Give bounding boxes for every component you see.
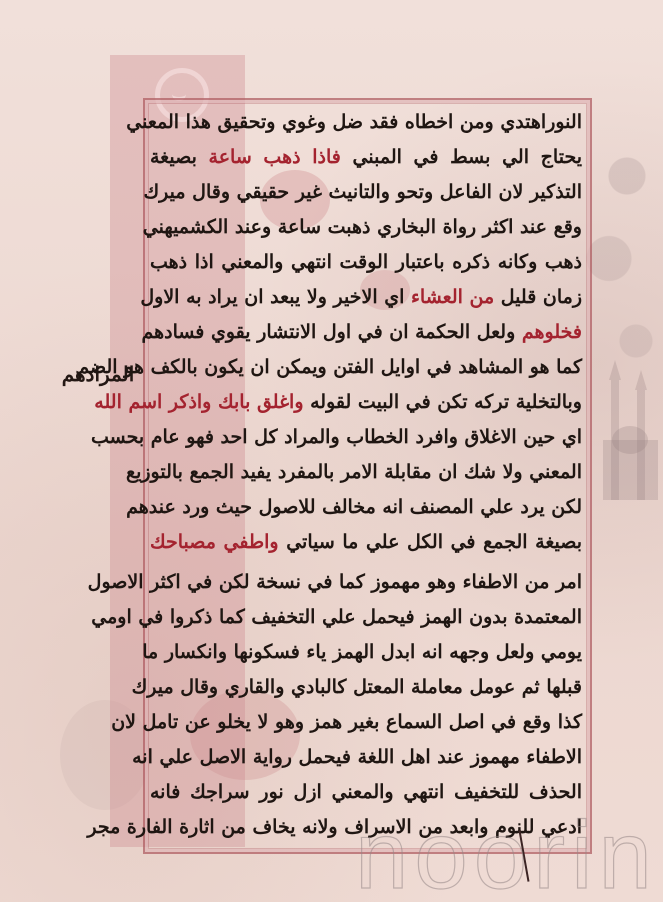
text-line-4: وقع عند اكثر رواة البخاري ذهبت ساعة وعند…	[150, 209, 582, 245]
text-line-14: امر من الاطفاء وهو مهموز كما في نسخة لكن…	[150, 564, 582, 600]
rubric-text: فاذا ذهب ساعة	[209, 146, 341, 168]
text-line-3: التذكير لان الفاعل وتحو والتانيث غير حقي…	[150, 174, 582, 210]
text-line-16: يومي ولعل وجهه انه ابدل الهمز ياء فسكونه…	[150, 634, 582, 670]
rubric-text: فخلوهم	[522, 321, 582, 343]
text-line-8: كما هو المشاهد في اوايل الفتن ويمكن ان ي…	[150, 349, 582, 385]
text-line-12: لكن يرد علي المصنف انه مخالف للاصول حيث …	[150, 489, 582, 525]
text-line-6: زمان قليل من العشاء اي الاخير ولا يبعد ا…	[150, 279, 582, 315]
text-line-5: ذهب وكانه ذكره باعتبار الوقت انتهي والمع…	[150, 244, 582, 280]
text-line-19: الاطفاء مهموز عند اهل اللغة فيحمل رواية …	[150, 739, 582, 775]
rubric-text: من العشاء	[411, 286, 494, 308]
mosque-silhouette-icon	[603, 360, 658, 500]
text-line-2: يحتاج الي بسط في المبني فاذا ذهب ساعة بص…	[150, 139, 582, 175]
text-line-1: النوراهتدي ومن اخطاه فقد ضل وغوي وتحقيق …	[150, 104, 582, 140]
text-line-7: فخلوهم ولعل الحكمة ان في اول الانتشار يق…	[150, 314, 582, 350]
text-line-13: بصيغة الجمع في الكل علي ما سياتي واطفي م…	[150, 524, 582, 560]
watermark-text: noorin	[355, 808, 658, 902]
rubric-text: واغلق بابك واذكر اسم الله	[94, 391, 303, 413]
manuscript-text-block: النوراهتدي ومن اخطاه فقد ضل وغوي وتحقيق …	[150, 104, 582, 844]
text-line-15: المعتمدة بدون الهمز فيحمل علي التخفيف كم…	[150, 599, 582, 635]
text-line-9: وبالتخلية تركه تكن في البيت لقوله واغلق …	[150, 384, 582, 420]
text-line-18: كذا وقع في اصل السماع بغير همز وهو لا يخ…	[150, 704, 582, 740]
text-line-10: اي حين الاغلاق وافرد الخطاب والمراد كل ا…	[150, 419, 582, 455]
text-line-17: قبلها ثم عومل معاملة المعتل كالبادي والق…	[150, 669, 582, 705]
rubric-text: واطفي مصباحك	[150, 531, 279, 553]
text-line-11: المعني ولا شك ان مقابلة الامر بالمفرد يف…	[150, 454, 582, 490]
